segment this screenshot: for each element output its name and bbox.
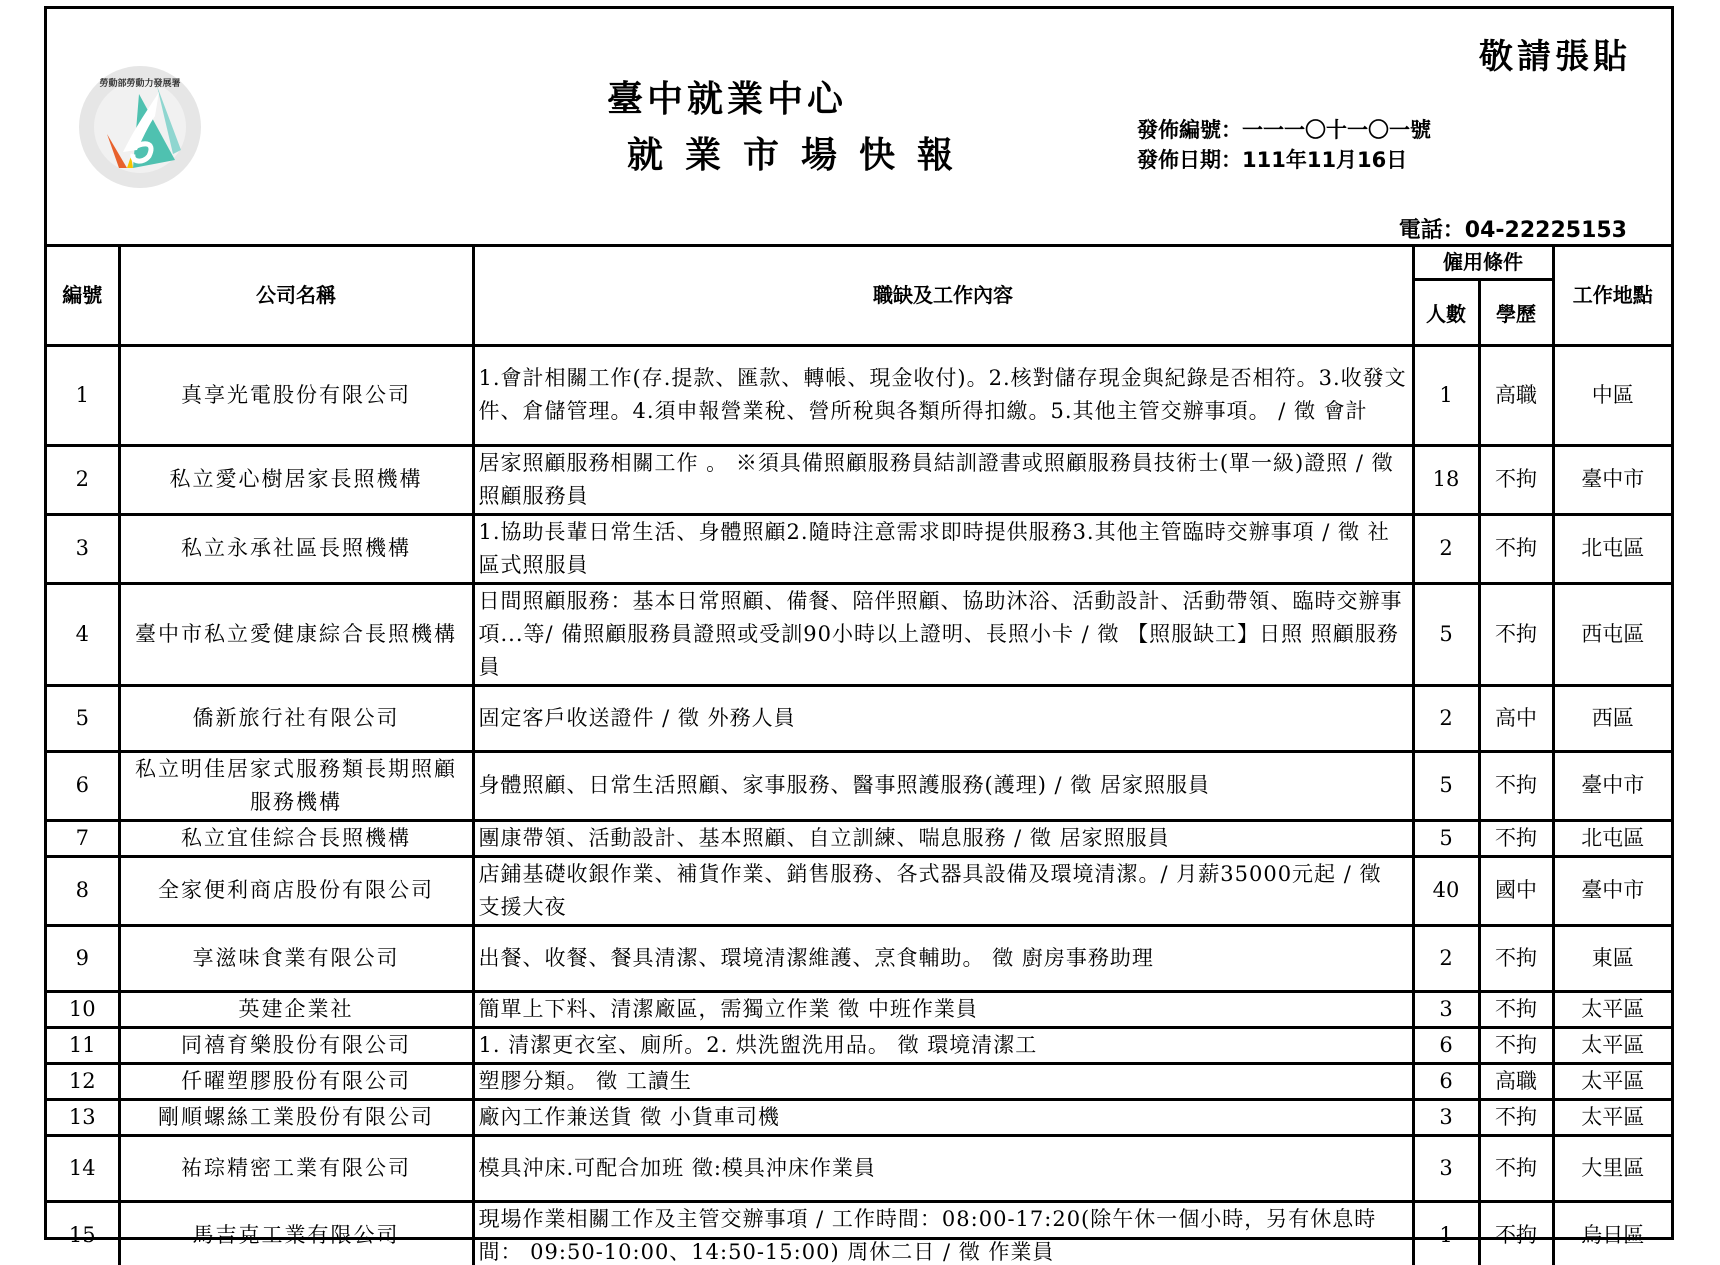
row-number: 1 [47,345,119,445]
row-number: 5 [47,685,119,751]
education: 不拘 [1479,1135,1553,1201]
headcount: 6 [1413,1063,1479,1099]
row-number: 15 [47,1201,119,1265]
work-location: 東區 [1553,925,1671,991]
job-description: 固定客戶收送證件 / 徵 外務人員 [473,685,1413,751]
job-description: 模具沖床.可配合加班 徵:模具沖床作業員 [473,1135,1413,1201]
company-name: 臺中市私立愛健康綜合長照機構 [119,583,473,685]
table-row: 2私立愛心樹居家長照機構居家照顧服務相關工作 。 ※須具備照顧服務員結訓證書或照… [47,445,1671,514]
education: 不拘 [1479,1201,1553,1265]
work-location: 臺中市 [1553,751,1671,820]
issue-date-value: 111年11月16日 [1242,148,1407,172]
row-number: 7 [47,820,119,856]
job-description: 1.會計相關工作(存.提款、匯款、轉帳、現金收付)。2.核對儲存現金與紀錄是否相… [473,345,1413,445]
work-location: 北屯區 [1553,820,1671,856]
company-name: 祐琮精密工業有限公司 [119,1135,473,1201]
work-location: 北屯區 [1553,514,1671,583]
headcount: 5 [1413,820,1479,856]
headcount: 3 [1413,1135,1479,1201]
company-name: 私立明佳居家式服務類長期照顧服務機構 [119,751,473,820]
row-number: 6 [47,751,119,820]
education: 不拘 [1479,1099,1553,1135]
education: 不拘 [1479,925,1553,991]
table-row: 1真享光電股份有限公司1.會計相關工作(存.提款、匯款、轉帳、現金收付)。2.核… [47,345,1671,445]
table-row: 8全家便利商店股份有限公司店鋪基礎收銀作業、補貨作業、銷售服務、各式器具設備及環… [47,856,1671,925]
phone-value: 04-22225153 [1465,218,1627,243]
education: 不拘 [1479,1027,1553,1063]
company-name: 真享光電股份有限公司 [119,345,473,445]
education: 高職 [1479,345,1553,445]
issue-date-label: 發佈日期： [1137,148,1242,172]
phone-label: 電話： [1399,218,1465,243]
table-row: 9享滋味食業有限公司出餐、收餐、餐具清潔、環境清潔維護、烹食輔助。 徵 廚房事務… [47,925,1671,991]
headcount: 2 [1413,685,1479,751]
job-description: 身體照顧、日常生活照顧、家事服務、醫事照護服務(護理) / 徵 居家照服員 [473,751,1413,820]
work-location: 西屯區 [1553,583,1671,685]
company-name: 私立永承社區長照機構 [119,514,473,583]
company-name: 享滋味食業有限公司 [119,925,473,991]
company-name: 私立愛心樹居家長照機構 [119,445,473,514]
table-row: 11同禧育樂股份有限公司1. 清潔更衣室、廁所。2. 烘洗盥洗用品。 徵 環境清… [47,1027,1671,1063]
issue-number: 發佈編號：一一一〇十一〇一號 [1137,115,1431,145]
work-location: 太平區 [1553,1027,1671,1063]
table-row: 13剛順螺絲工業股份有限公司廠內工作兼送貨 徵 小貨車司機3不拘太平區 [47,1099,1671,1135]
headcount: 40 [1413,856,1479,925]
issue-meta: 發佈編號：一一一〇十一〇一號 發佈日期：111年11月16日 [1137,115,1431,175]
jobs-table: 編號 公司名稱 職缺及工作內容 僱用條件 工作地點 人數 學歷 1真享光電股份有… [47,244,1671,1265]
job-description: 簡單上下料、清潔廠區，需獨立作業 徵 中班作業員 [473,991,1413,1027]
headcount: 3 [1413,1099,1479,1135]
table-row: 7私立宜佳綜合長照機構團康帶領、活動設計、基本照顧、自立訓練、喘息服務 / 徵 … [47,820,1671,856]
job-description: 現場作業相關工作及主管交辦事項 / 工作時間：08:00-17:20(除午休一個… [473,1201,1413,1265]
work-location: 太平區 [1553,1099,1671,1135]
job-description: 1. 清潔更衣室、廁所。2. 烘洗盥洗用品。 徵 環境清潔工 [473,1027,1413,1063]
work-location: 烏日區 [1553,1201,1671,1265]
bulletin-title: 就業市場快報 [627,127,975,178]
table-row: 15馬吉克工業有限公司現場作業相關工作及主管交辦事項 / 工作時間：08:00-… [47,1201,1671,1265]
education: 不拘 [1479,751,1553,820]
headcount: 3 [1413,991,1479,1027]
headcount: 2 [1413,514,1479,583]
company-name: 英建企業社 [119,991,473,1027]
headcount: 2 [1413,925,1479,991]
work-location: 中區 [1553,345,1671,445]
table-row: 6私立明佳居家式服務類長期照顧服務機構身體照顧、日常生活照顧、家事服務、醫事照護… [47,751,1671,820]
table-row: 14祐琮精密工業有限公司模具沖床.可配合加班 徵:模具沖床作業員3不拘大里區 [47,1135,1671,1201]
bulletin-frame: 勞動部勞動力發展署 臺中就業中心 就業市場快報 敬請張貼 發佈編號：一一一〇十一… [44,6,1674,1240]
headcount: 5 [1413,583,1479,685]
posting-note: 敬請張貼 [1479,29,1631,78]
row-number: 11 [47,1027,119,1063]
phone: 電話：04-22225153 [1399,213,1627,244]
row-number: 13 [47,1099,119,1135]
job-description: 居家照顧服務相關工作 。 ※須具備照顧服務員結訓證書或照顧服務員技術士(單一級)… [473,445,1413,514]
header-headcount: 人數 [1413,279,1479,345]
row-number: 4 [47,583,119,685]
table-row: 4臺中市私立愛健康綜合長照機構日間照顧服務：基本日常照顧、備餐、陪伴照顧、協助沐… [47,583,1671,685]
work-location: 太平區 [1553,1063,1671,1099]
company-name: 仟曜塑膠股份有限公司 [119,1063,473,1099]
svg-text:勞動部勞動力發展署: 勞動部勞動力發展署 [99,77,180,89]
row-number: 8 [47,856,119,925]
headcount: 1 [1413,1201,1479,1265]
job-description: 店鋪基礎收銀作業、補貨作業、銷售服務、各式器具設備及環境清潔。/ 月薪35000… [473,856,1413,925]
job-description: 1.協助長輩日常生活、身體照顧2.隨時注意需求即時提供服務3.其他主管臨時交辦事… [473,514,1413,583]
education: 國中 [1479,856,1553,925]
job-description: 團康帶領、活動設計、基本照顧、自立訓練、喘息服務 / 徵 居家照服員 [473,820,1413,856]
job-description: 廠內工作兼送貨 徵 小貨車司機 [473,1099,1413,1135]
company-name: 剛順螺絲工業股份有限公司 [119,1099,473,1135]
header-education: 學歷 [1479,279,1553,345]
headcount: 6 [1413,1027,1479,1063]
education: 高職 [1479,1063,1553,1099]
work-location: 西區 [1553,685,1671,751]
headcount: 5 [1413,751,1479,820]
issue-number-value: 一一一〇十一〇一號 [1242,118,1431,142]
table-row: 5僑新旅行社有限公司固定客戶收送證件 / 徵 外務人員2高中西區 [47,685,1671,751]
row-number: 10 [47,991,119,1027]
table-row: 3私立永承社區長照機構1.協助長輩日常生活、身體照顧2.隨時注意需求即時提供服務… [47,514,1671,583]
header-conditions: 僱用條件 [1413,244,1553,279]
issue-number-label: 發佈編號： [1137,118,1242,142]
company-name: 同禧育樂股份有限公司 [119,1027,473,1063]
company-name: 私立宜佳綜合長照機構 [119,820,473,856]
row-number: 3 [47,514,119,583]
work-location: 大里區 [1553,1135,1671,1201]
education: 不拘 [1479,514,1553,583]
header-company: 公司名稱 [119,244,473,345]
table-row: 10英建企業社簡單上下料、清潔廠區，需獨立作業 徵 中班作業員3不拘太平區 [47,991,1671,1027]
company-name: 馬吉克工業有限公司 [119,1201,473,1265]
education: 不拘 [1479,820,1553,856]
work-location: 臺中市 [1553,856,1671,925]
education: 不拘 [1479,991,1553,1027]
job-description: 塑膠分類。 徵 工讀生 [473,1063,1413,1099]
row-number: 12 [47,1063,119,1099]
work-location: 臺中市 [1553,445,1671,514]
header-number: 編號 [47,244,119,345]
row-number: 9 [47,925,119,991]
center-title: 臺中就業中心 [607,71,847,122]
row-number: 14 [47,1135,119,1201]
headcount: 1 [1413,345,1479,445]
header-location: 工作地點 [1553,244,1671,345]
work-location: 太平區 [1553,991,1671,1027]
education: 不拘 [1479,583,1553,685]
education: 高中 [1479,685,1553,751]
job-description: 日間照顧服務：基本日常照顧、備餐、陪伴照顧、協助沐浴、活動設計、活動帶領、臨時交… [473,583,1413,685]
issue-date: 發佈日期：111年11月16日 [1137,145,1431,175]
education: 不拘 [1479,445,1553,514]
headcount: 18 [1413,445,1479,514]
header-description: 職缺及工作內容 [473,244,1413,345]
company-name: 僑新旅行社有限公司 [119,685,473,751]
job-description: 出餐、收餐、餐具清潔、環境清潔維護、烹食輔助。 徵 廚房事務助理 [473,925,1413,991]
row-number: 2 [47,445,119,514]
agency-logo-icon: 勞動部勞動力發展署 [77,64,203,190]
bulletin-header: 勞動部勞動力發展署 臺中就業中心 就業市場快報 敬請張貼 發佈編號：一一一〇十一… [47,9,1671,247]
table-row: 12仟曜塑膠股份有限公司塑膠分類。 徵 工讀生6高職太平區 [47,1063,1671,1099]
company-name: 全家便利商店股份有限公司 [119,856,473,925]
